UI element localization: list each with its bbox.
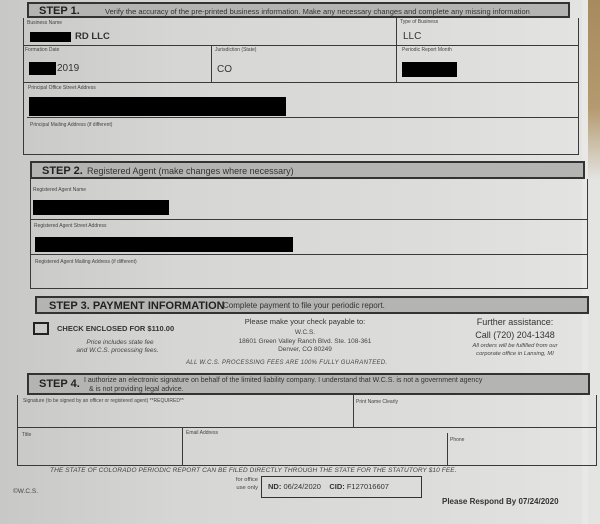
agent-name-label: Registered Agent Name xyxy=(33,187,86,193)
redacted-agent-name[interactable] xyxy=(33,200,169,215)
cid-value: F127016607 xyxy=(347,482,389,491)
step4-instruction-line1: I authorize an electronic signature on b… xyxy=(84,377,482,384)
check-enclosed-label: CHECK ENCLOSED FOR $110.00 xyxy=(57,324,174,333)
nd-value: 06/24/2020 xyxy=(283,482,321,491)
principal-office-label: Principal Office Street Address xyxy=(28,85,96,91)
type-of-business-value[interactable]: LLC xyxy=(403,31,421,42)
jurisdiction-label: Jurisdiction (State) xyxy=(215,47,256,53)
step1-label: STEP 1. xyxy=(39,5,80,17)
agent-street-label: Registered Agent Street Address xyxy=(34,223,107,229)
guarantee-text: ALL W.C.S. PROCESSING FEES ARE 100% FULL… xyxy=(186,360,387,366)
payable-to-text: Please make your check payable to: xyxy=(215,317,395,326)
principal-mailing-input[interactable] xyxy=(30,132,574,152)
title-input[interactable] xyxy=(22,440,181,464)
step3-instruction: Complete payment to file your periodic r… xyxy=(223,301,385,310)
payee-address-line1: 18601 Green Valley Ranch Blvd. Ste. 108-… xyxy=(210,338,400,345)
phone-label: Phone xyxy=(450,437,464,443)
office-use-line1: for office xyxy=(228,477,258,483)
office-use-line2: use only xyxy=(228,485,258,491)
redacted-principal-office[interactable] xyxy=(29,97,286,116)
business-name-label: Business Name xyxy=(27,20,62,26)
fulfilled-line1: All orders will be fulfilled from our xyxy=(450,343,580,349)
email-input[interactable] xyxy=(186,438,445,464)
redacted-agent-street[interactable] xyxy=(35,237,293,252)
fulfilled-line2: corporate office in Lansing, MI xyxy=(450,351,580,357)
step2-header: STEP 2. Registered Agent (make changes w… xyxy=(30,161,585,179)
principal-mailing-label: Principal Mailing Address (if different) xyxy=(30,122,112,128)
step3-label: STEP 3. PAYMENT INFORMATION xyxy=(49,300,225,312)
phone-input[interactable] xyxy=(450,445,594,465)
assistance-title: Further assistance: xyxy=(460,317,570,327)
type-of-business-label: Type of Business xyxy=(400,19,438,25)
business-name-value[interactable]: RD LLC xyxy=(75,31,110,42)
background-surface xyxy=(588,0,600,180)
signature-input[interactable] xyxy=(22,405,351,427)
copyright-text: ©W.C.S. xyxy=(13,488,38,495)
step4-label: STEP 4. xyxy=(39,378,80,390)
respond-by-text: Please Respond By 07/24/2020 xyxy=(442,497,559,506)
redacted-business-name xyxy=(30,32,71,42)
jurisdiction-value[interactable]: CO xyxy=(217,64,232,75)
formation-date-label: Formation Date xyxy=(25,47,59,53)
statutory-note: THE STATE OF COLORADO PERIODIC REPORT CA… xyxy=(50,467,457,474)
redacted-formation-date xyxy=(29,62,56,75)
periodic-report-month-label: Periodic Report Month xyxy=(402,47,452,53)
step4-header: STEP 4. I authorize an electronic signat… xyxy=(27,373,590,395)
email-label: Email Address xyxy=(186,430,218,436)
step3-header: STEP 3. PAYMENT INFORMATION Complete pay… xyxy=(35,296,589,314)
check-enclosed-checkbox[interactable] xyxy=(33,322,49,335)
print-name-input[interactable] xyxy=(357,406,591,428)
nd-label: ND: xyxy=(268,482,281,491)
price-note-line2: and W.C.S. processing fees. xyxy=(55,347,180,354)
cid-label: CID: xyxy=(329,482,344,491)
title-label: Title xyxy=(22,432,31,438)
formation-date-value[interactable]: 2019 xyxy=(57,63,79,74)
step2-label: STEP 2. xyxy=(42,165,83,177)
assistance-phone: Call (720) 204-1348 xyxy=(460,330,570,340)
step4-instruction-line2: & is not providing legal advice. xyxy=(89,386,184,393)
step1-header: STEP 1. Verify the accuracy of the pre-p… xyxy=(27,2,570,18)
agent-mailing-input[interactable] xyxy=(35,268,584,288)
office-use-box: ND: 06/24/2020 CID: F127016607 xyxy=(261,476,422,498)
payee-address-line2: Denver, CO 80249 xyxy=(260,346,350,353)
payee-name: W.C.S. xyxy=(265,329,345,336)
print-name-label: Print Name Clearly xyxy=(356,399,398,405)
agent-mailing-label: Registered Agent Mailing Address (if dif… xyxy=(35,259,137,265)
step1-instruction: Verify the accuracy of the pre-printed b… xyxy=(105,7,530,16)
redacted-report-month[interactable] xyxy=(402,62,457,77)
price-note-line1: Price includes state fee xyxy=(70,339,170,346)
step2-instruction: Registered Agent (make changes where nec… xyxy=(87,166,294,176)
signature-label: Signature (to be signed by an officer or… xyxy=(23,398,184,404)
